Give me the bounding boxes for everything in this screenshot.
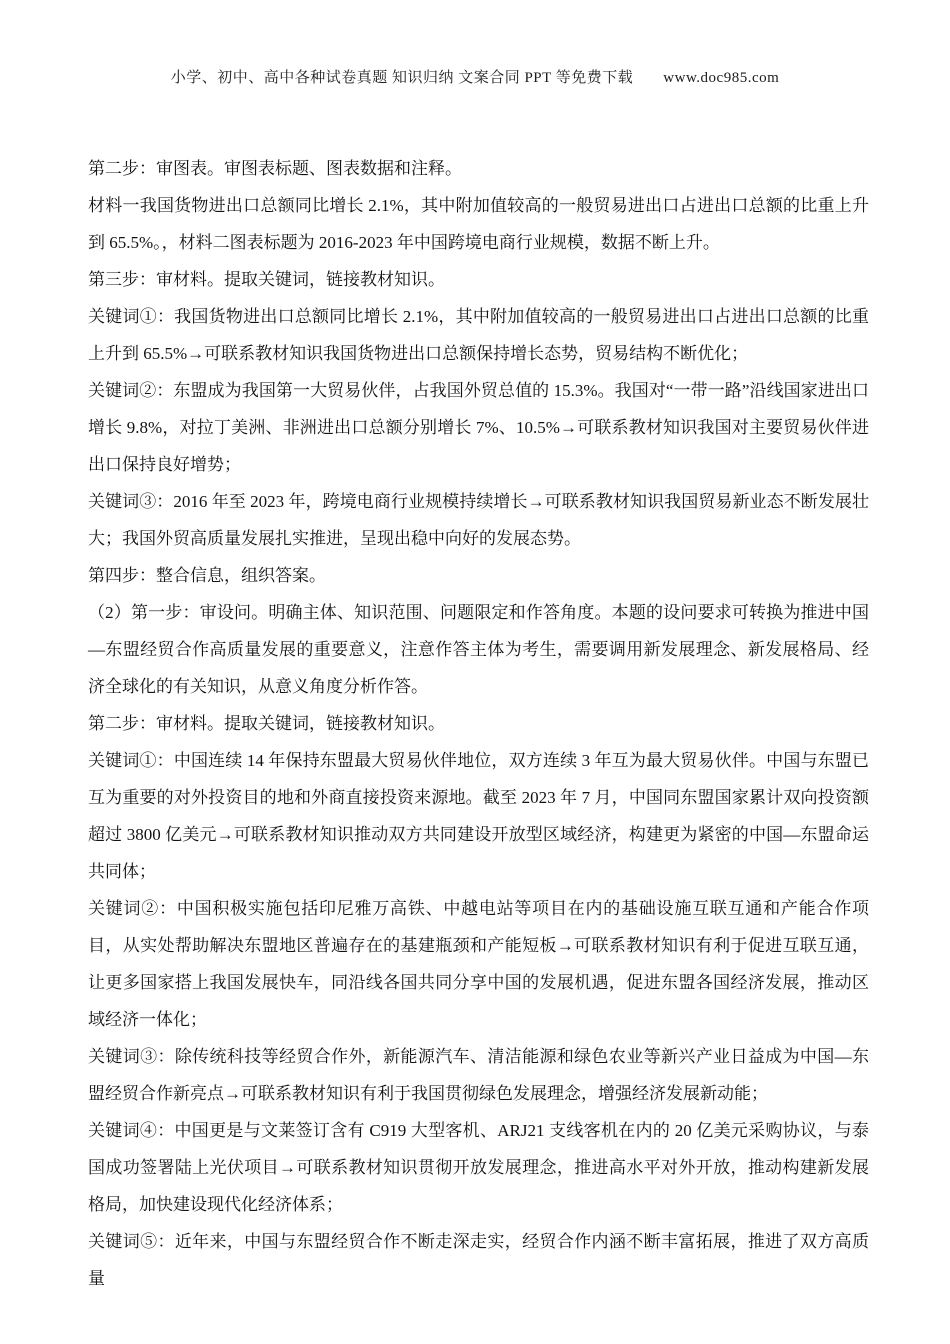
doc-paragraph: 关键词③：除传统科技等经贸合作外，新能源汽车、清洁能源和绿色农业等新兴产业日益成…: [88, 1038, 869, 1112]
doc-paragraph: 第二步：审图表。审图表标题、图表数据和注释。: [88, 150, 869, 187]
doc-paragraph: 第三步：审材料。提取关键词，链接教材知识。: [88, 261, 869, 298]
doc-paragraph: 关键词②：东盟成为我国第一大贸易伙伴，占我国外贸总值的 15.3%。我国对“一带…: [88, 372, 869, 483]
doc-paragraph: 关键词②：中国积极实施包括印尼雅万高铁、中越电站等项目在内的基础设施互联互通和产…: [88, 890, 869, 1038]
doc-paragraph: 关键词⑤：近年来，中国与东盟经贸合作不断走深走实，经贸合作内涵不断丰富拓展，推进…: [88, 1223, 869, 1297]
doc-paragraph: 关键词④：中国更是与文莱签订含有 C919 大型客机、ARJ21 支线客机在内的…: [88, 1112, 869, 1223]
header-site-url: www.doc985.com: [663, 70, 779, 87]
watermark-header: 小学、初中、高中各种试卷真题 知识归纳 文案合同 PPT 等免费下载 www.d…: [0, 66, 950, 87]
document-page: { "page": { "background": "#ffffff", "te…: [0, 0, 950, 1344]
doc-paragraph: 第四步：整合信息，组织答案。: [88, 557, 869, 594]
document-body: 第二步：审图表。审图表标题、图表数据和注释。 材料一我国货物进出口总额同比增长 …: [88, 150, 869, 1297]
header-tagline: 小学、初中、高中各种试卷真题 知识归纳 文案合同 PPT 等免费下载: [171, 66, 634, 87]
doc-paragraph: （2）第一步：审设问。明确主体、知识范围、问题限定和作答角度。本题的设问要求可转…: [88, 594, 869, 705]
doc-paragraph: 材料一我国货物进出口总额同比增长 2.1%，其中附加值较高的一般贸易进出口占进出…: [88, 187, 869, 261]
doc-paragraph: 关键词③：2016 年至 2023 年，跨境电商行业规模持续增长→可联系教材知识…: [88, 483, 869, 557]
doc-paragraph: 关键词①：中国连续 14 年保持东盟最大贸易伙伴地位，双方连续 3 年互为最大贸…: [88, 742, 869, 890]
doc-paragraph: 第二步：审材料。提取关键词，链接教材知识。: [88, 705, 869, 742]
doc-paragraph: 关键词①：我国货物进出口总额同比增长 2.1%，其中附加值较高的一般贸易进出口占…: [88, 298, 869, 372]
